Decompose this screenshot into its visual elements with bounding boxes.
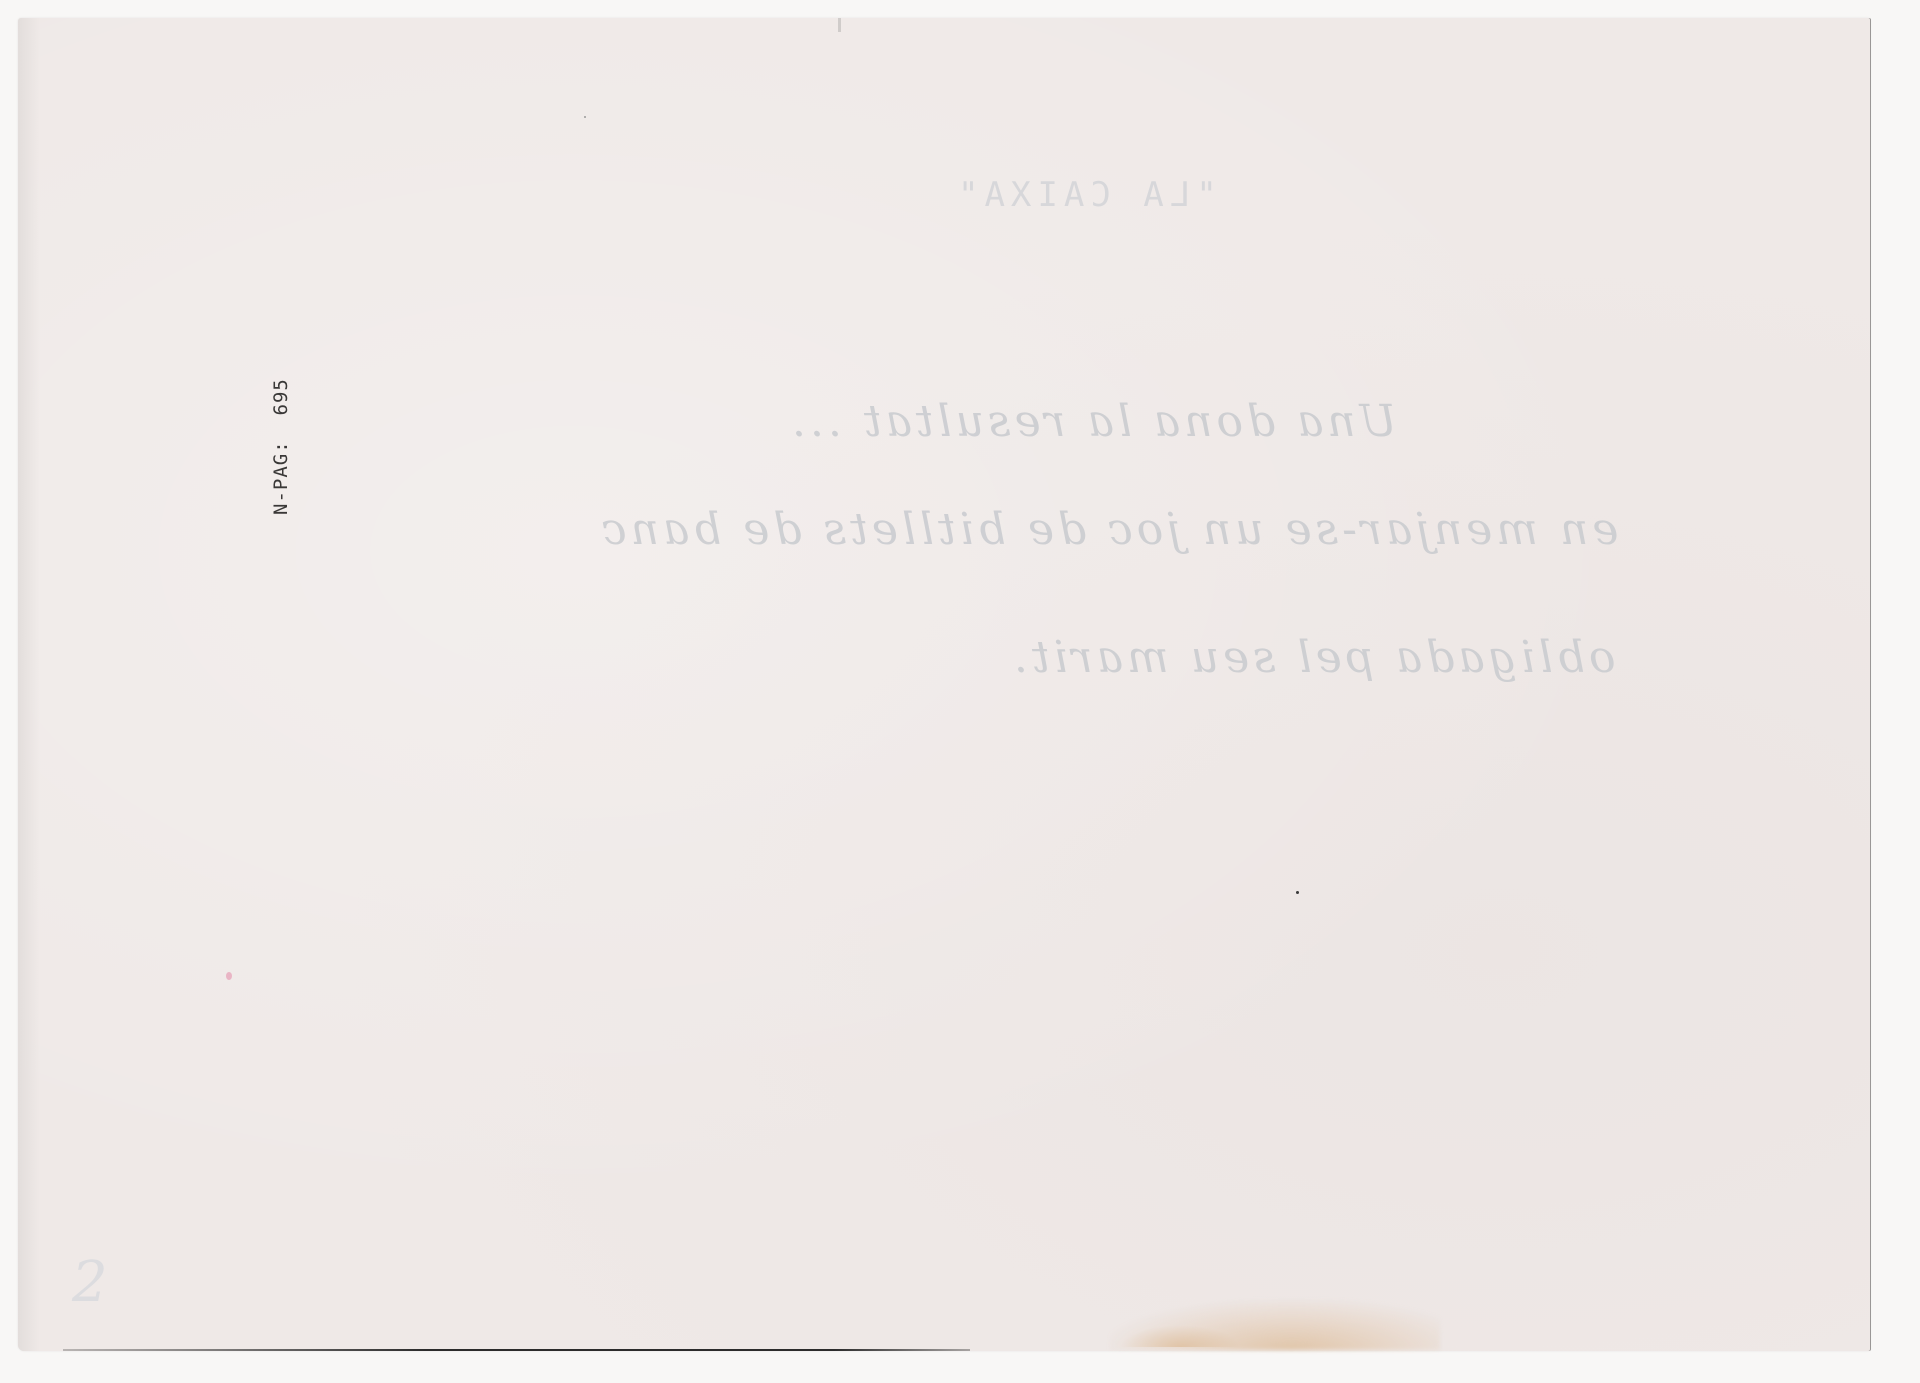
water-stain-small — [1120, 1325, 1240, 1347]
speck-dot — [1296, 891, 1299, 894]
paper-sheet — [18, 18, 1870, 1351]
scan-background: N-PAG: 695 "LA CAIXA" Una dona la result… — [0, 0, 1920, 1383]
bottom-edge-shadow — [63, 1349, 970, 1351]
show-through-line-3: obligada pel seu marit. — [1010, 632, 1616, 683]
pink-ink-mark — [226, 972, 232, 980]
pencil-page-number: 2 — [72, 1250, 108, 1315]
show-through-line-1: Una dona la resultat ... — [788, 396, 1397, 447]
speck-dot — [584, 116, 586, 118]
show-through-line-2: en menjar-se un joc de bitllets de banc — [598, 504, 1618, 555]
top-edge-nick — [838, 18, 841, 32]
paper-left-edge — [18, 18, 40, 1351]
page-stamp: N-PAG: 695 — [270, 378, 292, 515]
show-through-title: "LA CAIXA" — [952, 175, 1217, 215]
